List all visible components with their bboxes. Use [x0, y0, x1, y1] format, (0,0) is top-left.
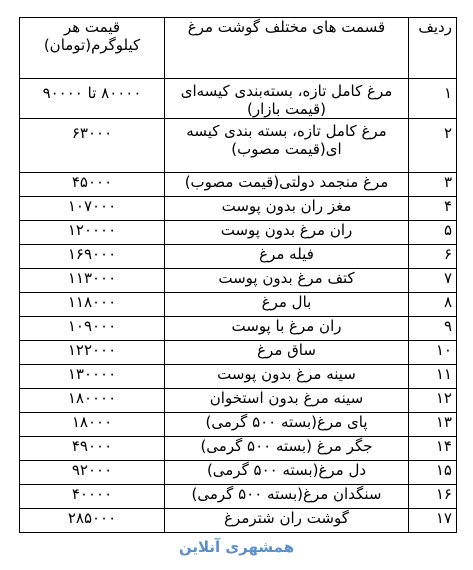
row-price: ۱۲۰۰۰۰ [20, 221, 165, 245]
row-price: ۱۰۹۰۰۰ [20, 317, 165, 341]
row-price: ۸۰۰۰۰ تا ۹۰۰۰۰ [20, 79, 165, 119]
table-row: ۱۷ گوشت ران شترمرغ ۲۸۵۰۰۰ [20, 509, 457, 533]
row-part: جگر مرغ (بسته ۵۰۰ گرمی) [165, 437, 409, 461]
table-row: ۱۳ پای مرغ(بسته ۵۰۰ گرمی) ۱۸۰۰۰ [20, 413, 457, 437]
table-row: ۲ مرغ کامل تازه، بسته بندی کیسه ای(قیمت … [20, 119, 457, 173]
row-part: فیله مرغ [165, 245, 409, 269]
row-price: ۱۲۲۰۰۰ [20, 341, 165, 365]
row-part: بال مرغ [165, 293, 409, 317]
row-price: ۱۰۷۰۰۰ [20, 197, 165, 221]
row-number: ۷ [409, 269, 457, 293]
table-row: ۱ مرغ کامل تازه، بسته‌بندی کیسه‌ای (قیمت… [20, 79, 457, 119]
table-row: ۶ فیله مرغ ۱۶۹۰۰۰ [20, 245, 457, 269]
row-number: ۱۱ [409, 365, 457, 389]
row-price: ۱۳۰۰۰۰ [20, 365, 165, 389]
row-number: ۸ [409, 293, 457, 317]
row-number: ۱۴ [409, 437, 457, 461]
table-row: ۱۲ سینه مرغ بدون استخوان ۱۸۰۰۰۰ [20, 389, 457, 413]
row-part: مرغ کامل تازه، بسته بندی کیسه ای(قیمت مص… [165, 119, 409, 173]
row-price: ۱۶۹۰۰۰ [20, 245, 165, 269]
table-row: ۹ ران مرغ با پوست ۱۰۹۰۰۰ [20, 317, 457, 341]
row-part: ساق مرغ [165, 341, 409, 365]
table-row: ۸ بال مرغ ۱۱۸۰۰۰ [20, 293, 457, 317]
row-price: ۱۱۸۰۰۰ [20, 293, 165, 317]
row-number: ۱۰ [409, 341, 457, 365]
table-row: ۳ مرغ منجمد دولتی(قیمت مصوب) ۴۵۰۰۰ [20, 173, 457, 197]
row-number: ۱۷ [409, 509, 457, 533]
row-part: مرغ کامل تازه، بسته‌بندی کیسه‌ای (قیمت ب… [165, 79, 409, 119]
table-row: ۷ کتف مرغ بدون پوست ۱۱۳۰۰۰ [20, 269, 457, 293]
row-number: ۱۶ [409, 485, 457, 509]
row-part: مغز ران بدون پوست [165, 197, 409, 221]
row-price: ۴۰۰۰۰ [20, 485, 165, 509]
row-number: ۵ [409, 221, 457, 245]
row-number: ۶ [409, 245, 457, 269]
row-part: ران مرغ با پوست [165, 317, 409, 341]
table-row: ۱۰ ساق مرغ ۱۲۲۰۰۰ [20, 341, 457, 365]
row-price: ۱۸۰۰۰ [20, 413, 165, 437]
row-part: دل مرغ(بسته ۵۰۰ گرمی) [165, 461, 409, 485]
row-price: ۲۸۵۰۰۰ [20, 509, 165, 533]
row-part: مرغ منجمد دولتی(قیمت مصوب) [165, 173, 409, 197]
table-row: ۵ ران مرغ بدون پوست ۱۲۰۰۰۰ [20, 221, 457, 245]
table-row: ۱۵ دل مرغ(بسته ۵۰۰ گرمی) ۹۲۰۰۰ [20, 461, 457, 485]
row-part: پای مرغ(بسته ۵۰۰ گرمی) [165, 413, 409, 437]
row-price: ۹۲۰۰۰ [20, 461, 165, 485]
row-part: سینه مرغ بدون پوست [165, 365, 409, 389]
row-number: ۱ [409, 79, 457, 119]
row-number: ۹ [409, 317, 457, 341]
row-number: ۱۵ [409, 461, 457, 485]
row-number: ۱۳ [409, 413, 457, 437]
row-part: سنگدان مرغ(بسته ۵۰۰ گرمی) [165, 485, 409, 509]
row-part: گوشت ران شترمرغ [165, 509, 409, 533]
header-price: قیمت هر کیلوگرم(تومان) [20, 18, 165, 79]
row-price: ۱۸۰۰۰۰ [20, 389, 165, 413]
table-row: ۱۶ سنگدان مرغ(بسته ۵۰۰ گرمی) ۴۰۰۰۰ [20, 485, 457, 509]
table-row: ۱۱ سینه مرغ بدون پوست ۱۳۰۰۰۰ [20, 365, 457, 389]
table-header-row: ردیف قسمت های مختلف گوشت مرغ قیمت هر کیل… [20, 18, 457, 79]
chicken-price-table: ردیف قسمت های مختلف گوشت مرغ قیمت هر کیل… [19, 17, 457, 533]
row-part: کتف مرغ بدون پوست [165, 269, 409, 293]
row-number: ۳ [409, 173, 457, 197]
table-row: ۱۴ جگر مرغ (بسته ۵۰۰ گرمی) ۴۹۰۰۰ [20, 437, 457, 461]
row-price: ۴۵۰۰۰ [20, 173, 165, 197]
header-row-number: ردیف [409, 18, 457, 79]
row-price: ۶۳۰۰۰ [20, 119, 165, 173]
row-number: ۲ [409, 119, 457, 173]
row-part: سینه مرغ بدون استخوان [165, 389, 409, 413]
header-part: قسمت های مختلف گوشت مرغ [165, 18, 409, 79]
table-row: ۴ مغز ران بدون پوست ۱۰۷۰۰۰ [20, 197, 457, 221]
row-price: ۱۱۳۰۰۰ [20, 269, 165, 293]
row-number: ۴ [409, 197, 457, 221]
row-part: ران مرغ بدون پوست [165, 221, 409, 245]
row-price: ۴۹۰۰۰ [20, 437, 165, 461]
source-watermark: همشهری آنلاین [0, 538, 473, 556]
row-number: ۱۲ [409, 389, 457, 413]
